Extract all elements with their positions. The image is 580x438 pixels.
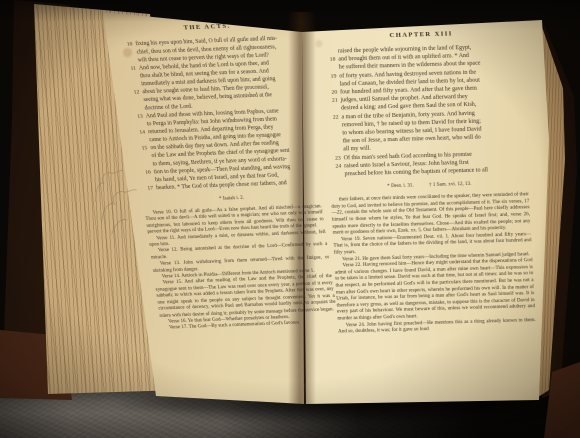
footnote-deut: * Deut. i. 31. [387, 183, 414, 190]
footnote-sam: † 1 Sam. xvi. 12, 13. [429, 181, 472, 188]
left-commentary-block: Verse 10. O full of all guile—As a false… [144, 204, 339, 332]
commentary-paragraph: Verse 15. And after the reading of the L… [154, 274, 337, 319]
right-commentary-block: their fathers, at once their minds were … [331, 192, 536, 336]
left-scripture-block: 10 fixing his eyes upon him, Said, O ful… [120, 34, 319, 193]
left-footnote: * Isaiah i. 2. [143, 192, 321, 205]
book-photo: THE ACTS. 10 fixing his eyes upon him, S… [0, 0, 580, 438]
right-footnotes: * Deut. i. 31. † 1 Sam. xvi. 12, 13. [330, 180, 528, 192]
verse-number [329, 170, 344, 179]
verse-number: 17 [141, 184, 157, 193]
right-page-text: CHAPTER XIII raised the people while soj… [322, 28, 536, 335]
commentary-paragraph: their fathers, at once their minds were … [331, 192, 531, 237]
commentary-paragraph: Verse 22. Having removed him—Hence they … [334, 257, 535, 322]
right-scripture-block: raised the people while sojourning in th… [323, 42, 528, 179]
